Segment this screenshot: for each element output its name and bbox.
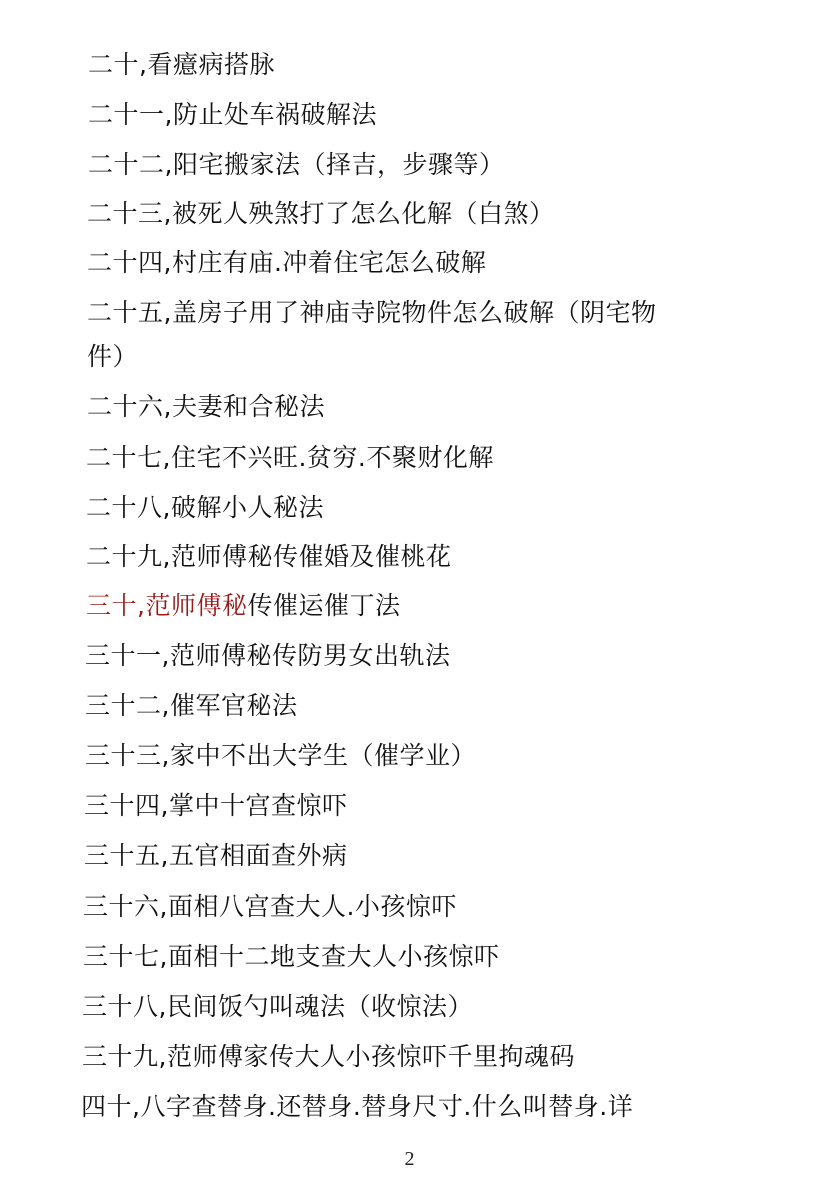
list-item: 二十,看癔病搭脉	[88, 50, 275, 80]
list-item-continuation: 件）	[87, 342, 138, 372]
page-number: 2	[0, 1148, 819, 1171]
list-item: 三十一,范师傅秘传防男女出轨法	[85, 641, 450, 671]
list-item: 三十八,民间饭勺叫魂法（收惊法）	[82, 992, 473, 1022]
list-item: 二十五,盖房子用了神庙寺院物件怎么破解（阴宅物	[87, 298, 656, 328]
list-item: 二十四,村庄有庙.冲着住宅怎么破解	[87, 248, 486, 278]
list-item: 二十九,范师傅秘传催婚及催桃花	[86, 542, 451, 572]
list-item: 二十八,破解小人秘法	[86, 493, 324, 523]
list-item: 二十七,住宅不兴旺.贫穷.不聚财化解	[86, 443, 494, 473]
item-text: 传催运催丁法	[247, 591, 400, 620]
list-item: 三十,范师傅秘传催运催丁法	[86, 591, 400, 621]
list-item: 二十二,阳宅搬家法（择吉，步骤等）	[88, 150, 504, 180]
list-item: 三十七,面相十二地支查大人小孩惊吓	[83, 942, 499, 972]
list-item: 二十六,夫妻和合秘法	[87, 392, 325, 422]
list-item: 三十四,掌中十宫查惊吓	[84, 791, 347, 821]
list-item: 二十三,被死人殃煞打了怎么化解（白煞）	[87, 199, 554, 229]
list-item: 二十一,防止处车祸破解法	[88, 100, 377, 130]
list-item: 四十,八字查替身.还替身.替身尺寸.什么叫替身.详	[81, 1092, 633, 1122]
highlighted-text: 三十,范师傅秘	[86, 591, 247, 620]
list-item: 三十三,家中不出大学生（催学业）	[85, 741, 476, 771]
list-item: 三十六,面相八宫查大人.小孩惊吓	[83, 892, 457, 922]
document-page: 二十,看癔病搭脉 二十一,防止处车祸破解法 二十二,阳宅搬家法（择吉，步骤等） …	[0, 0, 819, 1177]
list-item: 三十五,五官相面查外病	[84, 841, 347, 871]
list-item: 三十二,催军官秘法	[85, 691, 297, 721]
list-item: 三十九,范师傅家传大人小孩惊吓千里拘魂码	[82, 1042, 575, 1072]
